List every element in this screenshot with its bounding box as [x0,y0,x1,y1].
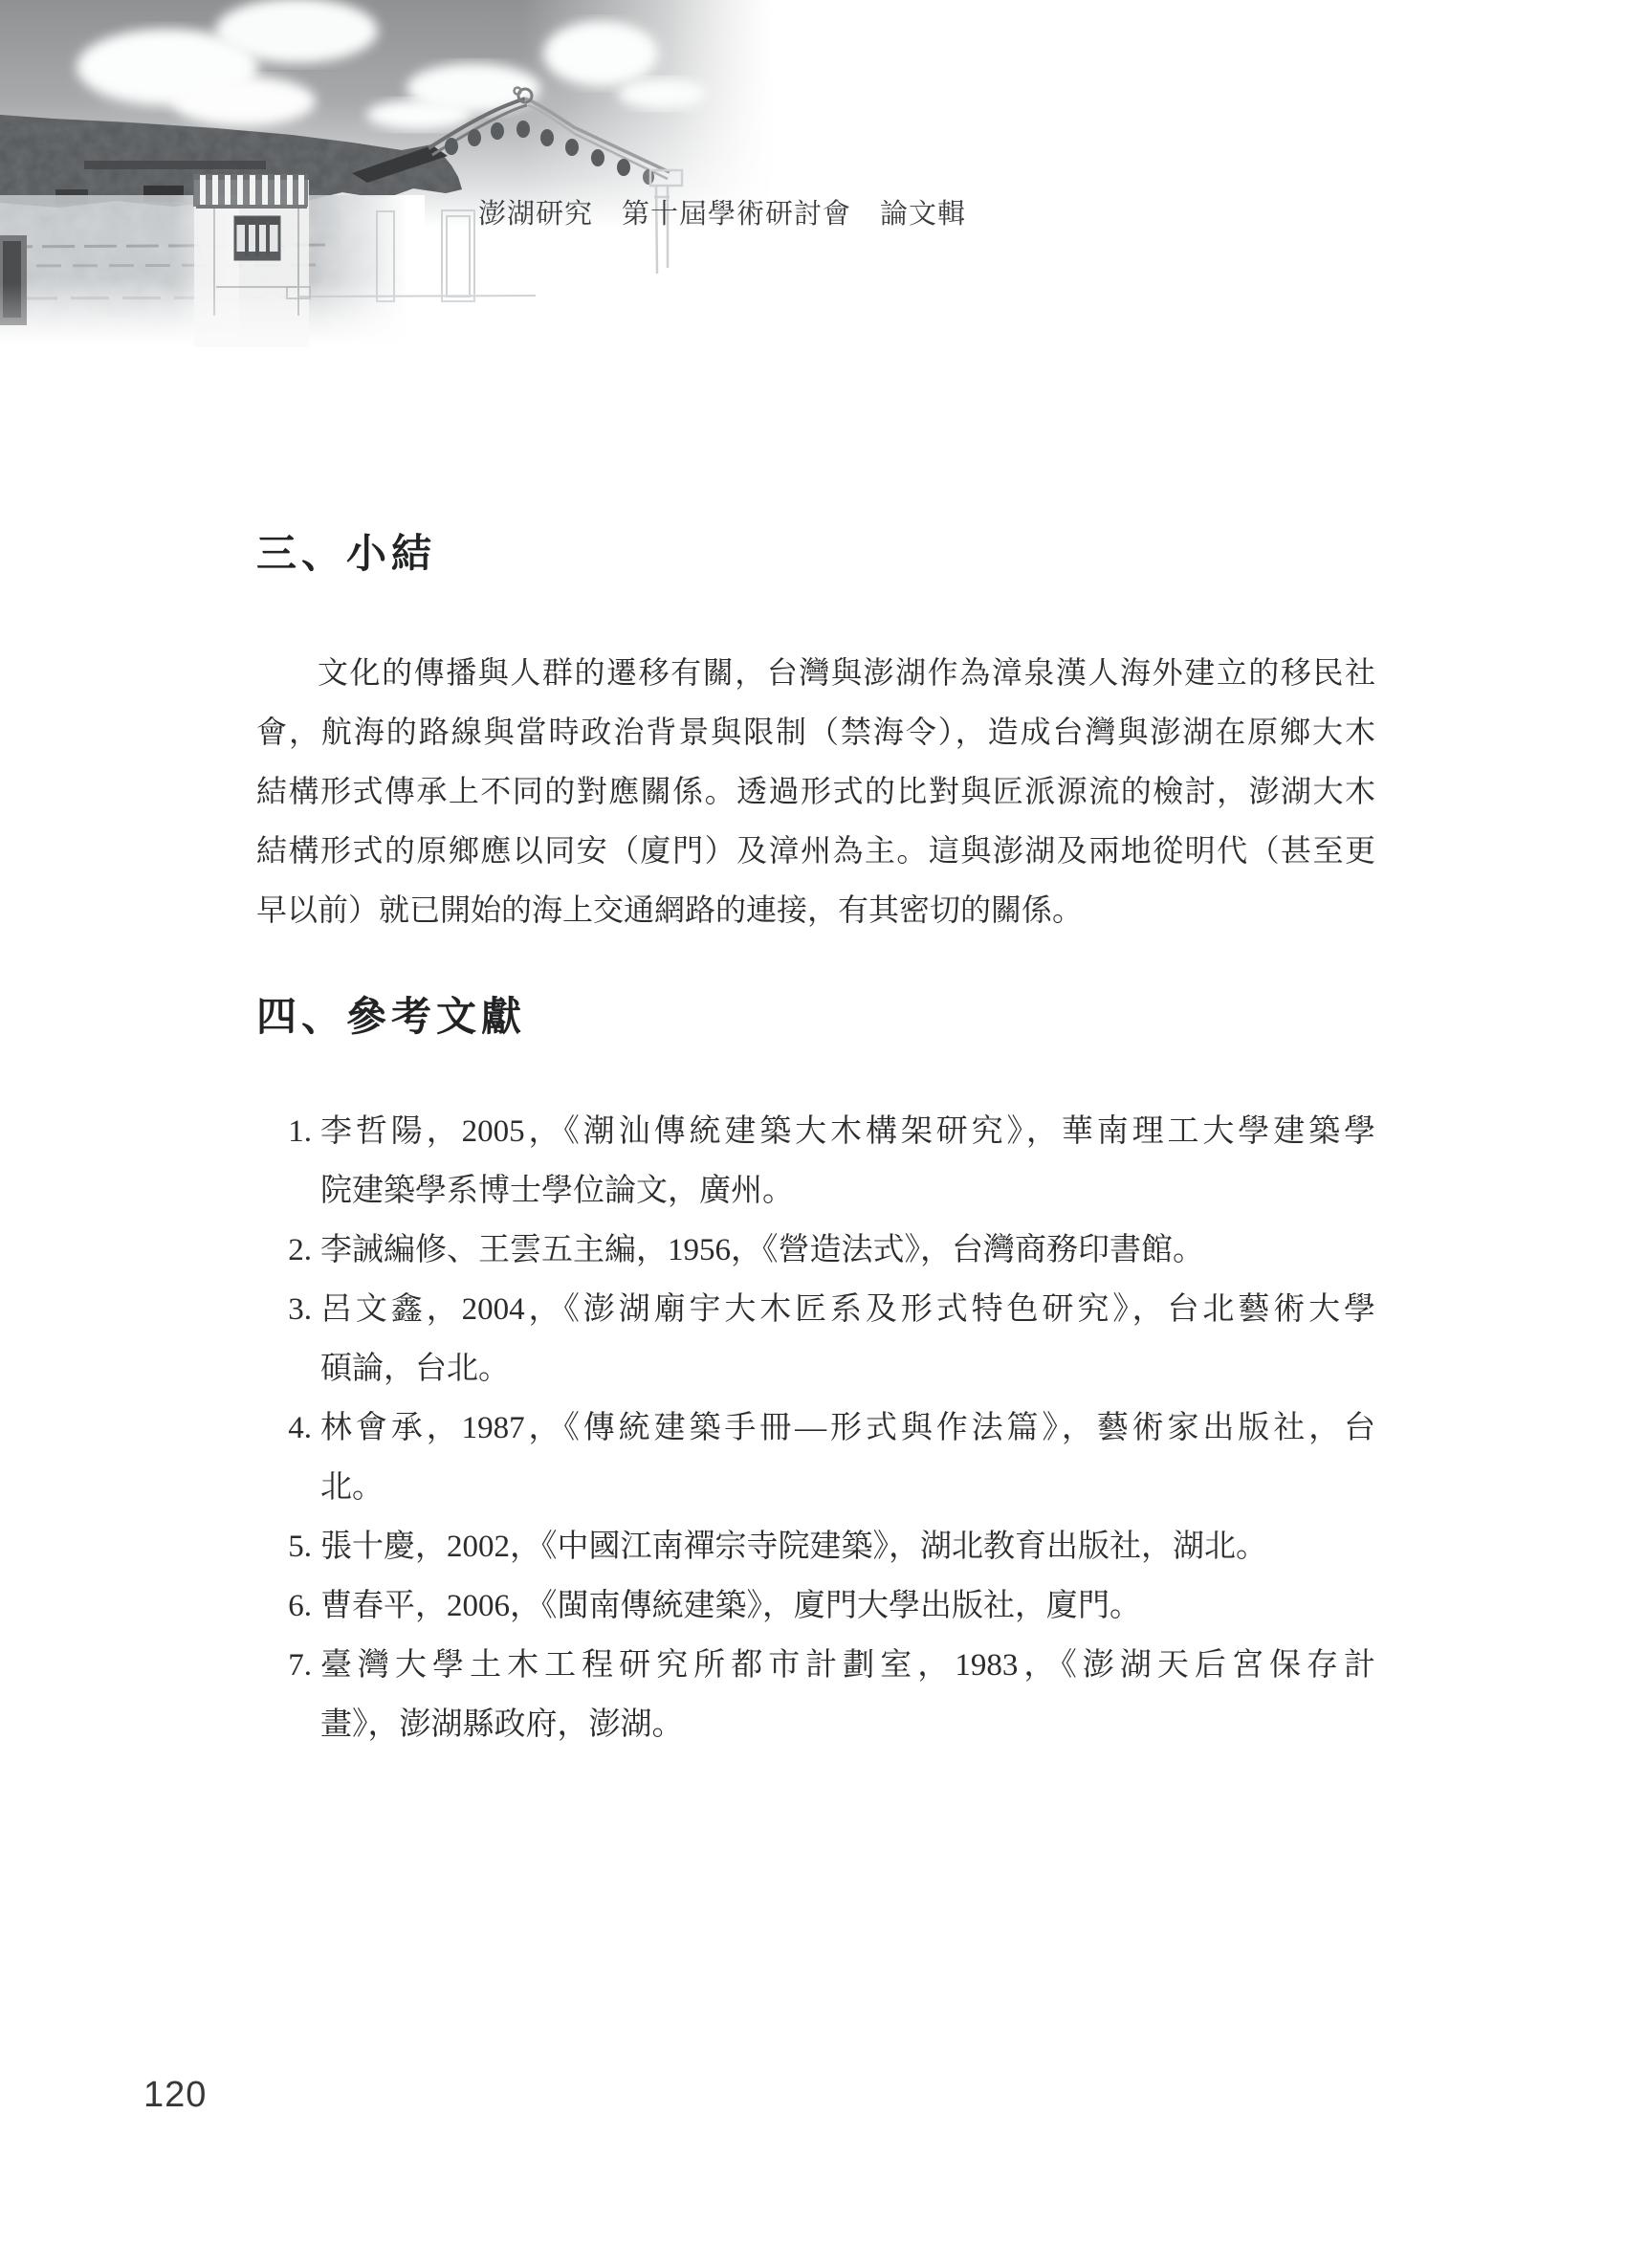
reference-item: 4. 林會承，1987，《傳統建築手冊—形式與作法篇》，藝術家出版社，台 北。 [256,1398,1375,1517]
reference-number: 1. [256,1102,312,1161]
paragraph-line: 結構形式的原鄉應以同安（廈門）及漳州為主。這與澎湖及兩地從明代（甚至更 [256,821,1375,880]
reference-number: 2. [256,1221,312,1280]
reference-item: 5. 張十慶，2002，《中國江南禪宗寺院建築》，湖北教育出版社，湖北。 [256,1517,1375,1576]
paragraph-line: 會，航海的路線與當時政治背景與限制（禁海令），造成台灣與澎湖在原鄉大木 [256,702,1375,761]
section-heading-summary: 三、小結 [256,532,436,578]
reference-text: 呂文鑫，2004，《澎湖廟宇大木匠系及形式特色研究》，台北藝術大學 碩論，台北。 [320,1280,1375,1398]
reference-text: 曹春平，2006，《閩南傳統建築》，廈門大學出版社，廈門。 [320,1576,1375,1636]
reference-list: 1. 李哲陽，2005，《潮汕傳統建築大木構架研究》，華南理工大學建築學 院建築… [256,1102,1375,1754]
reference-number: 5. [256,1517,312,1576]
reference-item: 6. 曹春平，2006，《閩南傳統建築》，廈門大學出版社，廈門。 [256,1576,1375,1636]
reference-text: 張十慶，2002，《中國江南禪宗寺院建築》，湖北教育出版社，湖北。 [320,1517,1375,1576]
paragraph-line: 文化的傳播與人群的遷移有關，台灣與澎湖作為漳泉漢人海外建立的移民社 [256,643,1375,702]
reference-number: 4. [256,1398,312,1458]
reference-item: 1. 李哲陽，2005，《潮汕傳統建築大木構架研究》，華南理工大學建築學 院建築… [256,1102,1375,1221]
section-heading-references: 四、參考文獻 [256,995,526,1041]
reference-text: 李誡編修、王雲五主編，1956，《營造法式》，台灣商務印書館。 [320,1221,1375,1280]
paragraph-line: 早以前）就已開始的海上交通網路的連接，有其密切的關係。 [256,880,1375,939]
document-page: 澎湖研究 第十屆學術研討會 論文輯 三、小結 文化的傳播與人群的遷移有關，台灣與… [0,0,1626,2268]
page-number: 120 [143,2074,207,2116]
reference-text: 臺灣大學土木工程研究所都市計劃室，1983，《澎湖天后宮保存計 畫》，澎湖縣政府… [320,1636,1375,1754]
barred-window [235,217,279,259]
reference-number: 3. [256,1280,312,1339]
paragraph-line: 結構形式傳承上不同的對應關係。透過形式的比對與匠派源流的檢討，澎湖大木 [256,761,1375,821]
bottom-fade [0,283,937,440]
running-header-title: 澎湖研究 第十屆學術研討會 論文輯 [478,197,966,231]
reference-number: 7. [256,1636,312,1695]
reference-item: 2. 李誡編修、王雲五主編，1956，《營造法式》，台灣商務印書館。 [256,1221,1375,1280]
reference-number: 6. [256,1576,312,1636]
reference-item: 7. 臺灣大學土木工程研究所都市計劃室，1983，《澎湖天后宮保存計 畫》，澎湖… [256,1636,1375,1754]
summary-paragraph: 文化的傳播與人群的遷移有關，台灣與澎湖作為漳泉漢人海外建立的移民社 會，航海的路… [256,643,1375,939]
reference-item: 3. 呂文鑫，2004，《澎湖廟宇大木匠系及形式特色研究》，台北藝術大學 碩論，… [256,1280,1375,1398]
reference-text: 李哲陽，2005，《潮汕傳統建築大木構架研究》，華南理工大學建築學 院建築學系博… [320,1102,1375,1221]
reference-text: 林會承，1987，《傳統建築手冊—形式與作法篇》，藝術家出版社，台 北。 [320,1398,1375,1517]
